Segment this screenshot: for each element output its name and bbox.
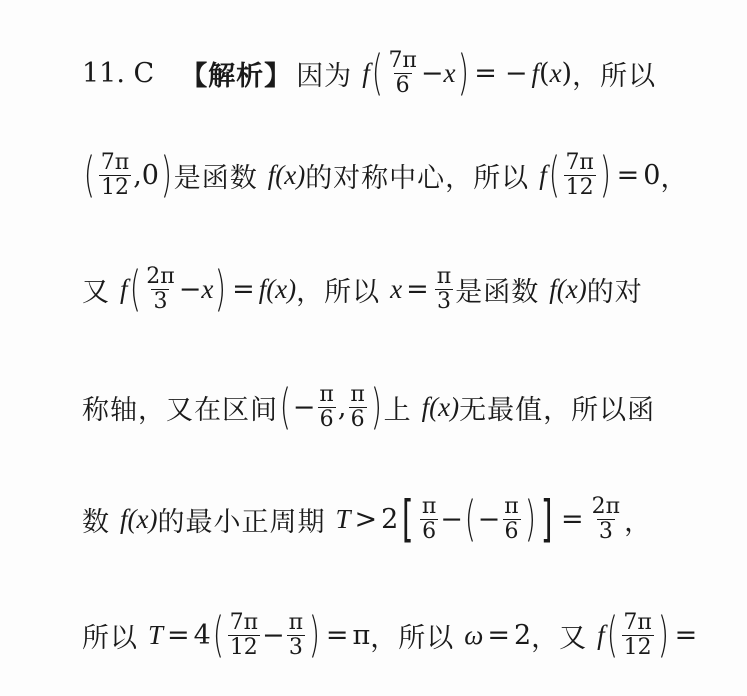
paren-close: ) [371, 383, 382, 431]
comma: ， [531, 616, 559, 655]
minus: − [293, 392, 316, 423]
fraction-7pi-12: 7π12 [99, 151, 131, 198]
fraction-2pi-3: 2π3 [590, 495, 622, 542]
paren-open: ( [84, 151, 95, 199]
minus: − [179, 274, 202, 305]
minus: − [440, 504, 463, 535]
numerator: 2π [590, 495, 622, 518]
text-no-extremum: 无最值，所以函 [459, 388, 655, 427]
paren-close: ) [600, 151, 611, 199]
math-f: f [362, 58, 370, 89]
math-fx: f(x) [259, 274, 296, 305]
numerator: π [435, 265, 453, 288]
fraction-pi-3: π3 [287, 611, 305, 658]
two: 2 [381, 504, 398, 535]
math-omega: ω [464, 620, 483, 651]
paren-close: ) [562, 58, 573, 89]
text-suoyi: 所以 [82, 616, 138, 655]
minus: − [505, 58, 528, 89]
text-min-period: 的最小正周期 [157, 500, 325, 539]
equals: = [561, 504, 584, 535]
analysis-tag: 【解析】 [180, 54, 292, 93]
equals: = [675, 620, 698, 651]
fraction-pi-3: π3 [435, 265, 453, 312]
two: 2 [514, 620, 531, 651]
minus: − [262, 620, 285, 651]
denominator: 3 [151, 289, 169, 313]
fraction-pi-6: π6 [502, 495, 520, 542]
text-shu: 数 [82, 500, 110, 539]
paren-open: ( [280, 383, 291, 431]
zero: 0 [142, 160, 159, 191]
text-de-dui: 的对 [587, 270, 643, 309]
math-pi: π [353, 620, 371, 651]
math-x: x [444, 58, 456, 89]
fraction-pi-6: π6 [348, 383, 366, 430]
denominator: 12 [228, 635, 260, 659]
paren-open: ( [606, 611, 617, 659]
numerator: π [287, 611, 305, 634]
fraction-pi-6: π6 [420, 495, 438, 542]
equals: = [167, 620, 190, 651]
comma: ， [296, 270, 324, 309]
equals: = [232, 274, 255, 305]
paren-close: ) [309, 611, 320, 659]
numerator: 7π [228, 611, 260, 634]
comma: ， [660, 156, 688, 195]
math-f: f [120, 274, 128, 305]
paren-close: ) [161, 151, 172, 199]
paren-open: ( [548, 151, 559, 199]
paren-close: ) [457, 49, 468, 97]
fraction-7pi-12: 7π12 [228, 611, 260, 658]
equals: = [487, 620, 510, 651]
numerator: π [348, 383, 366, 406]
text-suoyi: 所以 [600, 54, 656, 93]
four: 4 [194, 620, 211, 651]
greater-than: > [355, 504, 378, 535]
solution-line-3: 又 f ( 2π3 − x ) = f(x) ， 所以 x = π3 是函数 f… [82, 254, 643, 324]
text-suoyi: 所以 [473, 156, 529, 195]
denominator: 6 [420, 519, 438, 543]
paren-close: ) [524, 495, 535, 543]
denominator: 12 [564, 175, 596, 199]
math-x: x [390, 274, 402, 305]
fraction-7pi-12: 7π12 [563, 151, 595, 198]
minus: − [478, 504, 501, 535]
text-shang: 上 [384, 388, 412, 427]
equals: = [617, 160, 640, 191]
text-suoyi: 所以 [324, 270, 380, 309]
fraction-pi-6: π6 [317, 383, 335, 430]
math-x: x [550, 58, 562, 89]
numerator: 7π [386, 49, 418, 72]
fraction-2pi-3: 2π3 [144, 265, 176, 312]
comma: , [338, 392, 347, 423]
text-symmetry-axis: 称轴，又在区间 [82, 388, 278, 427]
text-you: 又 [82, 270, 110, 309]
fraction-7pi-12: 7π12 [621, 611, 653, 658]
denominator: 6 [503, 519, 521, 543]
math-f: f [539, 160, 547, 191]
equals: = [326, 620, 349, 651]
denominator: 3 [597, 519, 615, 543]
math-x: x [201, 274, 213, 305]
numerator: 7π [99, 151, 131, 174]
denominator: 3 [435, 289, 453, 313]
numerator: 7π [621, 611, 653, 634]
paren-close: ) [658, 611, 669, 659]
denominator: 3 [287, 635, 305, 659]
paren-open: ( [371, 49, 382, 97]
comma: ， [624, 500, 652, 539]
bracket-open: [ [402, 494, 414, 544]
numerator: π [502, 495, 520, 518]
math-fx: f(x) [120, 504, 157, 535]
comma: ， [572, 54, 600, 93]
comma: , [133, 160, 142, 191]
zero: 0 [643, 160, 660, 191]
text-suoyi: 所以 [398, 616, 454, 655]
text-shi-hanshu: 是函数 [455, 270, 539, 309]
paren-open: ( [539, 58, 550, 89]
numerator: 2π [144, 265, 176, 288]
paren-open: ( [129, 265, 140, 313]
math-f: f [597, 620, 605, 651]
paren-open: ( [213, 611, 224, 659]
text-shi-hanshu: 是函数 [174, 156, 258, 195]
solution-line-1: 11. C 【解析】 因为 f ( 7π6 − x ) = − f (x) ， … [82, 38, 656, 108]
denominator: 12 [99, 175, 131, 199]
bracket-close: ] [541, 494, 553, 544]
solution-line-6: 所以 T = 4 ( 7π12 − π3 ) = π ， 所以 ω = 2 ， … [82, 600, 701, 670]
numerator: π [420, 495, 438, 518]
equals: = [474, 58, 497, 89]
text-you: 又 [559, 616, 587, 655]
denominator: 12 [622, 635, 654, 659]
numerator: π [317, 383, 335, 406]
solution-line-5: 数 f(x) 的最小正周期 T > 2 [ π6 − ( − π6 ) ] = … [82, 484, 652, 554]
paren-open: ( [465, 495, 476, 543]
math-fx: f(x) [549, 274, 586, 305]
paren-close: ) [215, 265, 226, 313]
solution-line-4: 称轴，又在区间 ( − π6 , π6 ) 上 f(x) 无最值，所以函 [82, 372, 655, 442]
math-T: T [148, 620, 163, 651]
comma: ， [370, 616, 398, 655]
text-yinwei: 因为 [296, 54, 352, 93]
minus: − [421, 58, 444, 89]
math-f: f [532, 58, 540, 89]
fraction-7pi-6: 7π6 [386, 49, 418, 96]
problem-number: 11. C [82, 58, 154, 89]
text-symmetry-center: 的对称中心， [305, 156, 473, 195]
solution-line-2: ( 7π12 ,0 ) 是函数 f(x) 的对称中心， 所以 f ( 7π12 … [82, 140, 688, 210]
equals: = [406, 274, 429, 305]
math-T: T [335, 504, 350, 535]
denominator: 6 [318, 407, 336, 431]
denominator: 6 [394, 73, 412, 97]
math-fx: f(x) [422, 392, 459, 423]
denominator: 6 [349, 407, 367, 431]
numerator: 7π [563, 151, 595, 174]
math-fx: f(x) [268, 160, 305, 191]
